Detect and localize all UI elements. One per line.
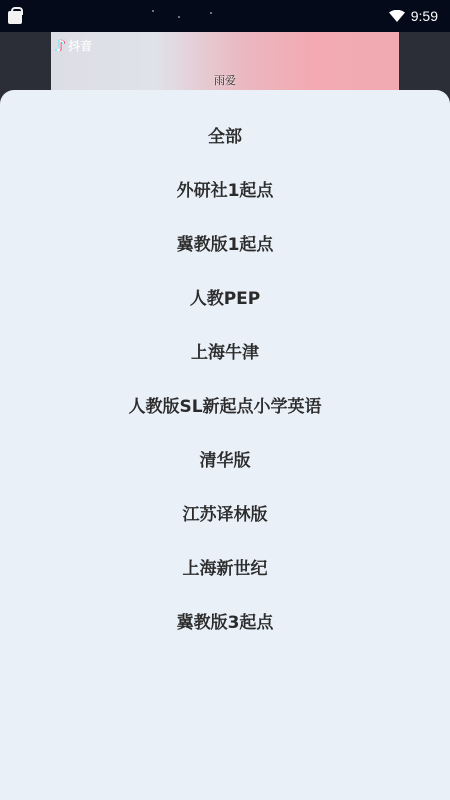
option-renjiao-sl[interactable]: 人教版SL新起点小学英语	[0, 377, 450, 431]
option-shanghai-new-century[interactable]: 上海新世纪	[0, 539, 450, 593]
tiktok-label: 抖音	[68, 37, 92, 54]
option-renjiao-pep[interactable]: 人教PEP	[0, 269, 450, 323]
shopping-bag-icon	[8, 11, 22, 24]
textbook-version-sheet: 全部 外研社1起点 冀教版1起点 人教PEP 上海牛津 人教版SL新起点小学英语…	[0, 90, 450, 800]
option-all[interactable]: 全部	[0, 107, 450, 161]
option-waiyanshe-grade1[interactable]: 外研社1起点	[0, 161, 450, 215]
status-bar: 9:59	[0, 0, 450, 32]
option-tsinghua[interactable]: 清华版	[0, 431, 450, 485]
option-list: 全部 外研社1起点 冀教版1起点 人教PEP 上海牛津 人教版SL新起点小学英语…	[0, 90, 450, 647]
option-shanghai-oxford[interactable]: 上海牛津	[0, 323, 450, 377]
video-caption: 雨爱	[51, 72, 399, 88]
star-decoration	[178, 16, 180, 18]
option-jiangsu-yilin[interactable]: 江苏译林版	[0, 485, 450, 539]
option-jijiao-grade3[interactable]: 冀教版3起点	[0, 593, 450, 647]
tiktok-note-icon: ♪	[55, 36, 65, 55]
star-decoration	[210, 12, 212, 14]
status-time: 9:59	[411, 8, 438, 24]
option-jijiao-grade1[interactable]: 冀教版1起点	[0, 215, 450, 269]
tiktok-watermark: ♪ 抖音	[55, 36, 92, 55]
star-decoration	[152, 10, 154, 12]
wifi-icon	[389, 10, 405, 22]
